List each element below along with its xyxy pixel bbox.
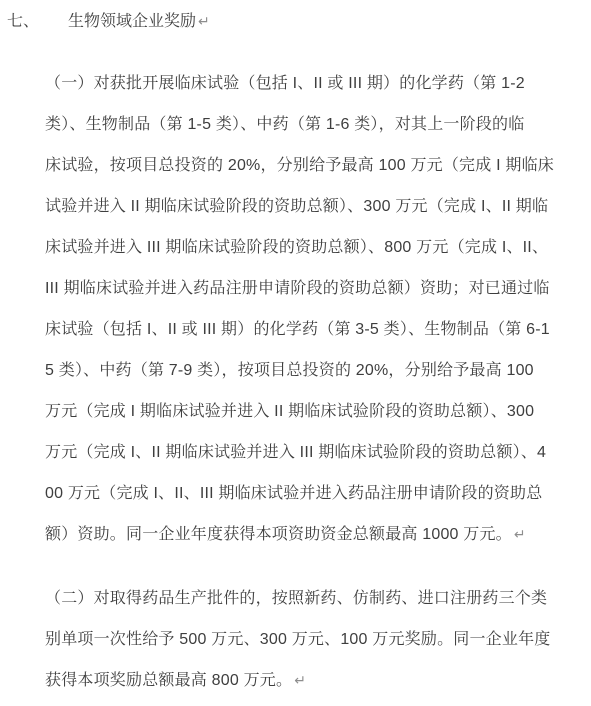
text-line: 获得本项奖励总额最高 800 万元。↵	[45, 660, 561, 701]
text-line: 床试验并进入 III 期临床试验阶段的资助总额）、800 万元（完成 I、II、	[45, 227, 561, 268]
text-line: III 期临床试验并进入药品注册申请阶段的资助总额）资助；对已通过临	[45, 268, 561, 309]
paragraph-mark-icon: ↵	[514, 526, 526, 542]
text-line: （二）对取得药品生产批件的，按照新药、仿制药、进口注册药三个类	[45, 578, 561, 619]
section-number: 七、	[7, 9, 68, 35]
text-line: 床试验（包括 I、II 或 III 期）的化学药（第 3-5 类）、生物制品（第…	[45, 309, 561, 350]
document-page: 七、生物领域企业奖励↵ （一）对获批开展临床试验（包括 I、II 或 III 期…	[0, 8, 591, 706]
text-line: 万元（完成 I、II 期临床试验并进入 III 期临床试验阶段的资助总额）、4	[45, 432, 561, 473]
text-line-content: 获得本项奖励总额最高 800 万元。	[45, 672, 292, 689]
text-line: 5 类）、中药（第 7-9 类），按项目总投资的 20%，分别给予最高 100	[45, 350, 561, 391]
text-line: 额）资助。同一企业年度获得本项资助资金总额最高 1000 万元。↵	[45, 514, 561, 555]
paragraph-mark-icon: ↵	[198, 13, 210, 29]
section-title: 生物领域企业奖励	[68, 13, 196, 30]
text-line: 床试验，按项目总投资的 20%，分别给予最高 100 万元（完成 I 期临床	[45, 145, 561, 186]
text-line: 类）、生物制品（第 1-5 类）、中药（第 1-6 类），对其上一阶段的临	[45, 104, 561, 145]
text-line-content: 额）资助。同一企业年度获得本项资助资金总额最高 1000 万元。	[45, 526, 512, 543]
section-heading: 七、生物领域企业奖励↵	[7, 8, 591, 35]
text-line: 试验并进入 II 期临床试验阶段的资助总额）、300 万元（完成 I、II 期临	[45, 186, 561, 227]
text-line: 00 万元（完成 I、II、III 期临床试验并进入药品注册申请阶段的资助总	[45, 473, 561, 514]
paragraph-one: （一）对获批开展临床试验（包括 I、II 或 III 期）的化学药（第 1-2 …	[45, 63, 561, 555]
text-line: 万元（完成 I 期临床试验并进入 II 期临床试验阶段的资助总额）、300	[45, 391, 561, 432]
paragraph-two: （二）对取得药品生产批件的，按照新药、仿制药、进口注册药三个类 别单项一次性给予…	[45, 578, 561, 701]
text-line: （一）对获批开展临床试验（包括 I、II 或 III 期）的化学药（第 1-2	[45, 63, 561, 104]
document-body: （一）对获批开展临床试验（包括 I、II 或 III 期）的化学药（第 1-2 …	[45, 63, 561, 701]
paragraph-mark-icon: ↵	[294, 672, 306, 688]
text-line: 别单项一次性给予 500 万元、300 万元、100 万元奖励。同一企业年度	[45, 619, 561, 660]
